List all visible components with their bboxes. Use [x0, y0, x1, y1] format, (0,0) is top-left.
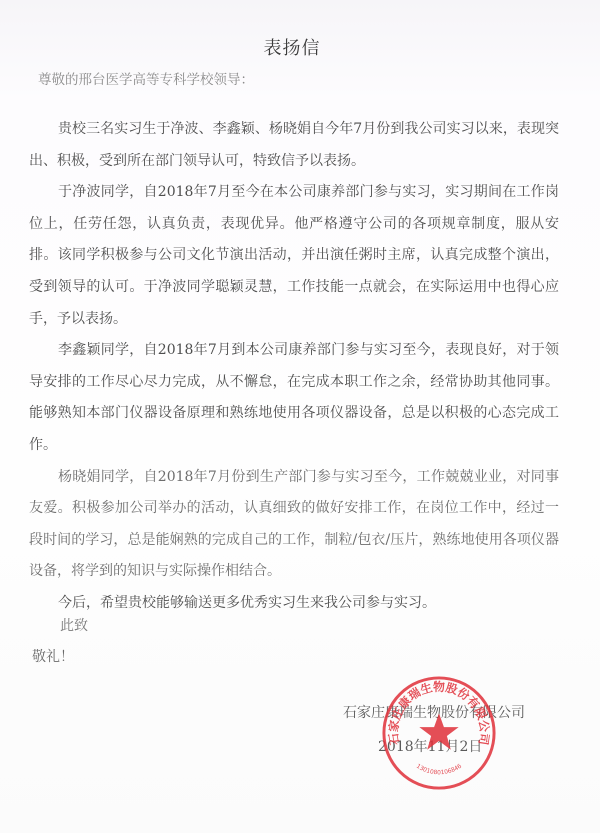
closing-jingli: 敬礼！: [32, 646, 74, 666]
paragraph-yu-jingbo: 于净波同学，自2018年7月至今在本公司康养部门参与实习，实习期间在工作岗位上，…: [29, 177, 559, 335]
letter-body: 贵校三名实习生于净波、李鑫颖、杨晓娟自今年7月份到我公司实习以来，表现突出、积极…: [29, 114, 559, 620]
company-seal-icon: 石家庄康瑞生物股份有限公司 1301080106846: [380, 674, 498, 792]
letter-page: 表扬信 尊敬的邢台医学高等专科学校领导： 贵校三名实习生于净波、李鑫颖、杨晓娟自…: [0, 0, 600, 833]
paragraph-li-xinying: 李鑫颖同学，自2018年7月到本公司康养部门参与实习至今，表现良好，对于领导安排…: [29, 335, 559, 461]
letter-title: 表扬信: [0, 34, 584, 60]
paragraph-yang-xiaojuan: 杨晓娟同学，自2018年7月份到生产部门参与实习至今，工作兢兢业业，对同事友爱。…: [29, 462, 559, 588]
closing-cizhi: 此致: [60, 615, 88, 635]
paragraph-closing-wish: 今后，希望贵校能够输送更多优秀实习生来我公司参与实习。: [29, 588, 559, 620]
svg-text:1301080106846: 1301080106846: [415, 763, 463, 776]
salutation: 尊敬的邢台医学高等专科学校领导：: [38, 68, 254, 88]
paragraph-intro: 贵校三名实习生于净波、李鑫颖、杨晓娟自今年7月份到我公司实习以来，表现突出、积极…: [29, 114, 559, 177]
